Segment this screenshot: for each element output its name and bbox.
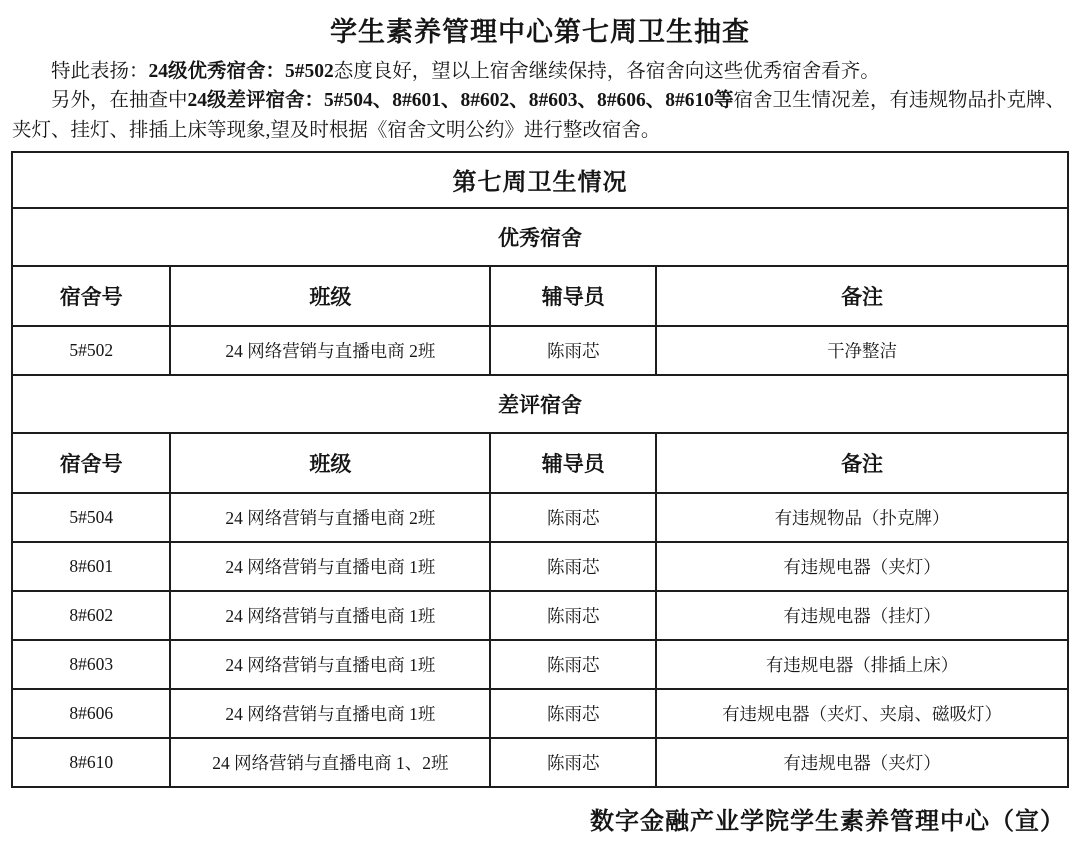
cell-remark: 有违规电器（夹灯）	[656, 542, 1068, 591]
header-dorm-number: 宿舍号	[12, 433, 170, 493]
cell-counselor: 陈雨芯	[490, 493, 656, 542]
cell-class: 24 网络营销与直播电商 1班	[170, 640, 490, 689]
cell-counselor: 陈雨芯	[490, 689, 656, 738]
cell-dorm-number: 5#502	[12, 326, 170, 375]
table-row: 5#504 24 网络营销与直播电商 2班 陈雨芯 有违规物品（扑克牌）	[12, 493, 1068, 542]
cell-dorm-number: 8#606	[12, 689, 170, 738]
cell-remark: 有违规电器（挂灯）	[656, 591, 1068, 640]
section-title-excellent: 优秀宿舍	[12, 208, 1068, 266]
document-page: 学生素养管理中心第七周卫生抽查 特此表扬：24级优秀宿舍：5#502态度良好，望…	[0, 0, 1080, 862]
cell-dorm-number: 8#610	[12, 738, 170, 787]
header-remark: 备注	[656, 266, 1068, 326]
table-row: 8#601 24 网络营销与直播电商 1班 陈雨芯 有违规电器（夹灯）	[12, 542, 1068, 591]
cell-counselor: 陈雨芯	[490, 326, 656, 375]
cell-class: 24 网络营销与直播电商 1、2班	[170, 738, 490, 787]
header-counselor: 辅导员	[490, 433, 656, 493]
cell-remark: 干净整洁	[656, 326, 1068, 375]
hygiene-table: 第七周卫生情况 优秀宿舍 宿舍号 班级 辅导员 备注 5#502 24 网络营销…	[11, 151, 1069, 788]
cell-counselor: 陈雨芯	[490, 738, 656, 787]
intro-text: 特此表扬：24级优秀宿舍：5#502态度良好，望以上宿舍继续保持，各宿舍向这些优…	[12, 57, 1068, 145]
header-remark: 备注	[656, 433, 1068, 493]
intro-p1-bold: 24级优秀宿舍：5#502	[149, 61, 334, 82]
table-row: 5#502 24 网络营销与直播电商 2班 陈雨芯 干净整洁	[12, 326, 1068, 375]
table-row: 8#603 24 网络营销与直播电商 1班 陈雨芯 有违规电器（排插上床）	[12, 640, 1068, 689]
header-class: 班级	[170, 266, 490, 326]
footer-signature: 数字金融产业学院学生素养管理中心（宣）	[11, 801, 1065, 836]
cell-remark: 有违规电器（排插上床）	[656, 640, 1068, 689]
cell-remark: 有违规物品（扑克牌）	[656, 493, 1068, 542]
cell-class: 24 网络营销与直播电商 1班	[170, 591, 490, 640]
intro-paragraph-praise: 特此表扬：24级优秀宿舍：5#502态度良好，望以上宿舍继续保持，各宿舍向这些优…	[12, 57, 1068, 86]
cell-counselor: 陈雨芯	[490, 591, 656, 640]
section-row-excellent: 优秀宿舍	[12, 208, 1068, 266]
cell-counselor: 陈雨芯	[490, 542, 656, 591]
section-title-poor: 差评宿舍	[12, 375, 1068, 433]
cell-dorm-number: 5#504	[12, 493, 170, 542]
cell-dorm-number: 8#603	[12, 640, 170, 689]
table-row: 8#606 24 网络营销与直播电商 1班 陈雨芯 有违规电器（夹灯、夹扇、磁吸…	[12, 689, 1068, 738]
intro-p1-prefix: 特此表扬：	[51, 61, 149, 82]
header-class: 班级	[170, 433, 490, 493]
cell-class: 24 网络营销与直播电商 1班	[170, 542, 490, 591]
intro-p1-rest: 态度良好，望以上宿舍继续保持，各宿舍向这些优秀宿舍看齐。	[334, 61, 880, 82]
cell-class: 24 网络营销与直播电商 1班	[170, 689, 490, 738]
table-row: 8#602 24 网络营销与直播电商 1班 陈雨芯 有违规电器（挂灯）	[12, 591, 1068, 640]
intro-paragraph-criticism: 另外，在抽查中24级差评宿舍：5#504、8#601、8#602、8#603、8…	[12, 86, 1068, 145]
section-row-poor: 差评宿舍	[12, 375, 1068, 433]
header-row: 宿舍号 班级 辅导员 备注	[12, 433, 1068, 493]
cell-class: 24 网络营销与直播电商 2班	[170, 493, 490, 542]
table-title: 第七周卫生情况	[12, 152, 1068, 208]
table-title-row: 第七周卫生情况	[12, 152, 1068, 208]
cell-counselor: 陈雨芯	[490, 640, 656, 689]
table-row: 8#610 24 网络营销与直播电商 1、2班 陈雨芯 有违规电器（夹灯）	[12, 738, 1068, 787]
intro-p2-prefix: 另外，在抽查中	[51, 90, 188, 111]
intro-p2-bold: 24级差评宿舍：5#504、8#601、8#602、8#603、8#606、8#…	[188, 90, 734, 111]
cell-dorm-number: 8#601	[12, 542, 170, 591]
cell-remark: 有违规电器（夹灯）	[656, 738, 1068, 787]
header-dorm-number: 宿舍号	[12, 266, 170, 326]
page-title: 学生素养管理中心第七周卫生抽查	[11, 10, 1069, 49]
cell-dorm-number: 8#602	[12, 591, 170, 640]
header-row: 宿舍号 班级 辅导员 备注	[12, 266, 1068, 326]
cell-class: 24 网络营销与直播电商 2班	[170, 326, 490, 375]
header-counselor: 辅导员	[490, 266, 656, 326]
cell-remark: 有违规电器（夹灯、夹扇、磁吸灯）	[656, 689, 1068, 738]
